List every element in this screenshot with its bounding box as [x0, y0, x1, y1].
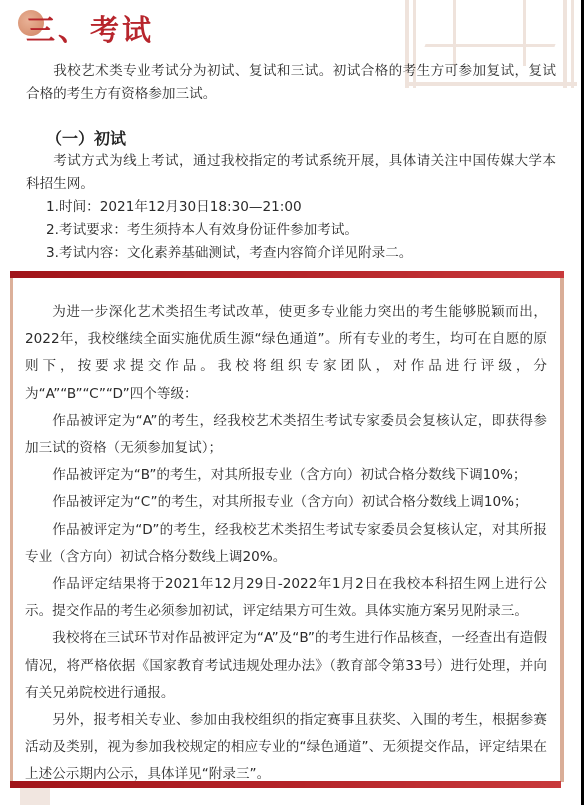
notice-paragraph-grade-b: 作品被评定为“B”的考生，对其所报专业（含方向）初试合格分数线下调10%； [25, 462, 547, 489]
notice-paragraph-competitions: 另外，报考相关专业、参加由我校组织的指定赛事且获奖、入围的考生，根据参赛活动及类… [25, 707, 547, 789]
section-title-text: 三、考试 [26, 10, 154, 50]
initial-exam-description: 考试方式为线上考试，通过我校指定的考试系统开展，具体请关注中国传媒大学本科招生网… [26, 150, 556, 196]
initial-exam-heading: （一）初试 [46, 127, 126, 151]
notice-paragraph-publication: 作品评定结果将于2021年12月29日-2022年1月2日在我校本科招生网上进行… [25, 571, 547, 625]
notice-paragraph-grade-a: 作品被评定为“A”的考生，经我校艺术类招生考试专家委员会复核认定，即获得参加三试… [25, 408, 547, 462]
detail-time: 1.时间：2021年12月30日18:30—21:00 [46, 196, 556, 219]
box-bottom-bar [10, 781, 561, 788]
green-channel-notice-box: 为进一步深化艺术类招生考试改革，使更多专业能力突出的考生能够脱颖而出，2022年… [10, 271, 564, 782]
notice-paragraph-grade-d: 作品被评定为“D”的考生，经我校艺术类招生考试专家委员会复核认定，对其所报专业（… [25, 517, 547, 571]
notice-content: 为进一步深化艺术类招生考试改革，使更多专业能力突出的考生能够脱颖而出，2022年… [25, 299, 547, 789]
box-top-bar [10, 271, 564, 278]
detail-content: 3.考试内容：文化素养基础测试，考查内容简介详见附录二。 [46, 242, 556, 265]
initial-exam-details: 1.时间：2021年12月30日18:30—21:00 2.考试要求：考生须持本… [46, 196, 556, 265]
notice-paragraph-verification: 我校将在三试环节对作品被评定为“A”及“B”的考生进行作品核查，一经查出有造假情… [25, 625, 547, 707]
intro-paragraph: 我校艺术类专业考试分为初试、复试和三试。初试合格的考生方可参加复试，复试合格的考… [26, 60, 556, 106]
notice-paragraph-intro: 为进一步深化艺术类招生考试改革，使更多专业能力突出的考生能够脱颖而出，2022年… [25, 299, 547, 408]
notice-paragraph-grade-c: 作品被评定为“C”的考生，对其所报专业（含方向）初试合格分数线上调10%； [25, 489, 547, 516]
section-title: 三、考试 [26, 10, 154, 50]
detail-requirement: 2.考试要求：考生须持本人有效身份证件参加考试。 [46, 219, 556, 242]
